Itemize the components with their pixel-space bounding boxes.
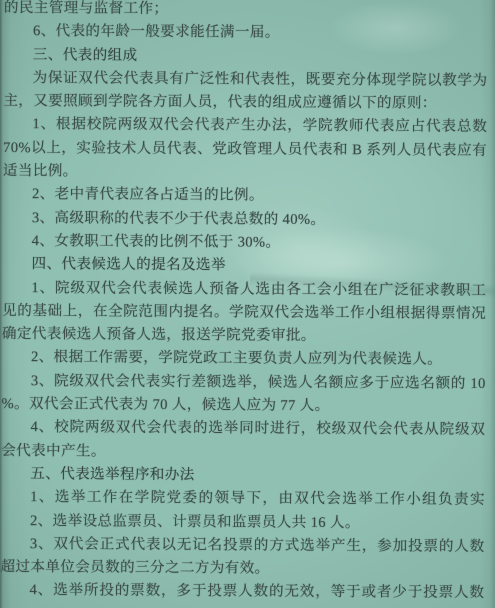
scanned-document-photo: 的民主管理与监督工作； 6、代表的年龄一般要求能任满一届。 三、代表的组成 为保… [0,0,495,608]
section-heading: 三、代表的组成 [4,44,488,70]
text-line: 2、选举设总监票员、计票员和监票员人共 16 人。 [1,510,485,536]
text-line: 1、院级双代会代表候选人预备人选由各工会小组在广泛征求教职工意 [2,277,486,303]
text-line: 见的基础上，在全院范围内提名。学院双代会选举工作小组根据得票情况 [2,300,486,326]
text-line: 70%以上，实验技术人员代表、党政管理人员代表和 B 系列人员代表应有 [3,137,487,163]
text-line: 为保证双代会代表具有广泛性和代表性，既要充分体现学院以教学为 [3,67,487,93]
text-line: 适当比例。 [3,160,487,186]
text-line: 会代表中产生。 [1,440,485,466]
text-line: 4、校院两级双代会代表的选举同时进行，校级双代会代表从院级双代 [1,416,485,442]
text-line: 确定代表候选人预备人选，报送学院党委审批。 [2,323,486,349]
text-line: 3、院级双代会代表实行差额选举，候选人名额应多于应选名额的 10 [2,370,486,396]
document-text-block: 的民主管理与监督工作； 6、代表的年龄一般要求能任满一届。 三、代表的组成 为保… [0,0,488,606]
text-line: 超过本单位会员数的三分之二方为有效。 [0,556,484,582]
text-line: 6、代表的年龄一般要求能任满一届。 [4,20,488,46]
section-heading: 五、代表选举程序和办法 [1,463,485,489]
text-line: 2、老中青代表应各占适当的比例。 [3,183,487,209]
text-line: 主，又要照顾到学院各方面人员，代表的组成应遵循以下的原则： [3,90,487,116]
text-line: 2、根据工作需要，学院党政工主要负责人应列为代表候选人。 [2,346,486,372]
text-line: 4、女教职工代表的比例不低于 30%。 [2,230,486,256]
text-line: 4、选举所投的票数，多于投票人数的无效，等于或者少于投票人数的 [0,579,484,605]
text-line: 1、选举工作在学院党委的领导下，由双代会选举工作小组负责实施。 [1,486,485,512]
section-heading: 四、代表候选人的提名及选举 [2,253,486,279]
text-line: %。双代会正式代表为 70 人，候选人应为 77 人。 [1,393,485,419]
text-line: 3、双代会正式代表以无记名投票的方式选举产生，参加投票的人数应 [1,533,485,559]
text-line: 1、根据校院两级双代会代表产生办法，学院教师代表应占代表总数的 [3,113,487,139]
text-line: 3、高级职称的代表不少于代表总数的 40%。 [3,207,487,233]
